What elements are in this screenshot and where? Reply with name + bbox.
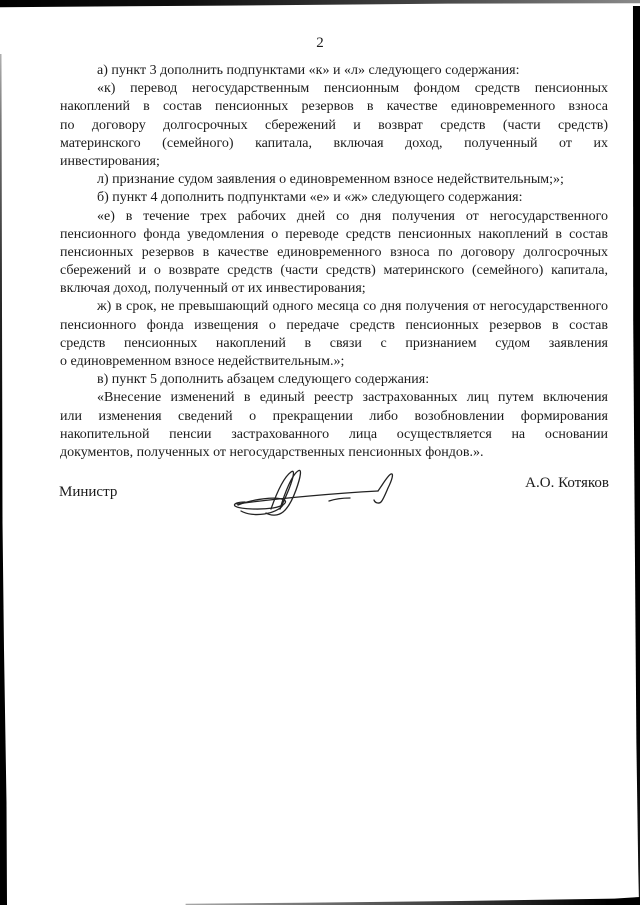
text-line: включая доход, полученный от их инвестир… xyxy=(60,280,608,298)
text-line: по договору долгосрочных сбережений и во… xyxy=(60,117,608,135)
scan-edge-top xyxy=(0,0,640,8)
scan-edge-bottom xyxy=(0,897,640,905)
text-line: пенсионных резервов в качестве единоврем… xyxy=(60,244,608,262)
text-block: а) пункт 3 дополнить подпунктами «к» и «… xyxy=(60,62,608,462)
text-line: пенсионного фонда извещения о передаче с… xyxy=(60,317,608,335)
text-line: пенсионного фонда уведомления о переводе… xyxy=(60,226,608,244)
minister-title: Министр xyxy=(59,483,117,501)
text-line: ж) в срок, не превышающий одного месяца … xyxy=(60,298,608,316)
text-line: накопительной пенсии застрахованного лиц… xyxy=(60,426,608,444)
scan-edge-left xyxy=(0,54,8,905)
text-line: сбережений и о возврате средств (части с… xyxy=(60,262,608,280)
signature-icon xyxy=(225,460,420,518)
text-line: о единовременном взносе недействительным… xyxy=(60,353,608,371)
text-line: «к) перевод негосударственным пенсионным… xyxy=(60,80,608,98)
text-line: л) признание судом заявления о единоврем… xyxy=(60,171,608,189)
scan-edge-right xyxy=(632,6,640,905)
text-line: б) пункт 4 дополнить подпунктами «е» и «… xyxy=(60,189,608,207)
text-line: материнского (семейного) капитала, включ… xyxy=(60,135,608,153)
document-page: 2 а) пункт 3 дополнить подпунктами «к» и… xyxy=(0,0,640,905)
minister-name: А.О. Котяков xyxy=(525,474,609,492)
text-line: накоплений в состав пенсионных резервов … xyxy=(60,98,608,116)
text-line: в) пункт 5 дополнить абзацем следующего … xyxy=(60,371,608,389)
text-line: средств пенсионных накоплений в связи с … xyxy=(60,335,608,353)
signature-autograph xyxy=(225,460,420,518)
text-line: «Внесение изменений в единый реестр заст… xyxy=(60,389,608,407)
text-line: а) пункт 3 дополнить подпунктами «к» и «… xyxy=(60,62,608,80)
text-line: или изменения сведений о прекращении либ… xyxy=(60,408,608,426)
text-line: «е) в течение трех рабочих дней со дня п… xyxy=(60,208,608,226)
page-number: 2 xyxy=(0,34,640,52)
text-line: инвестирования; xyxy=(60,153,608,171)
